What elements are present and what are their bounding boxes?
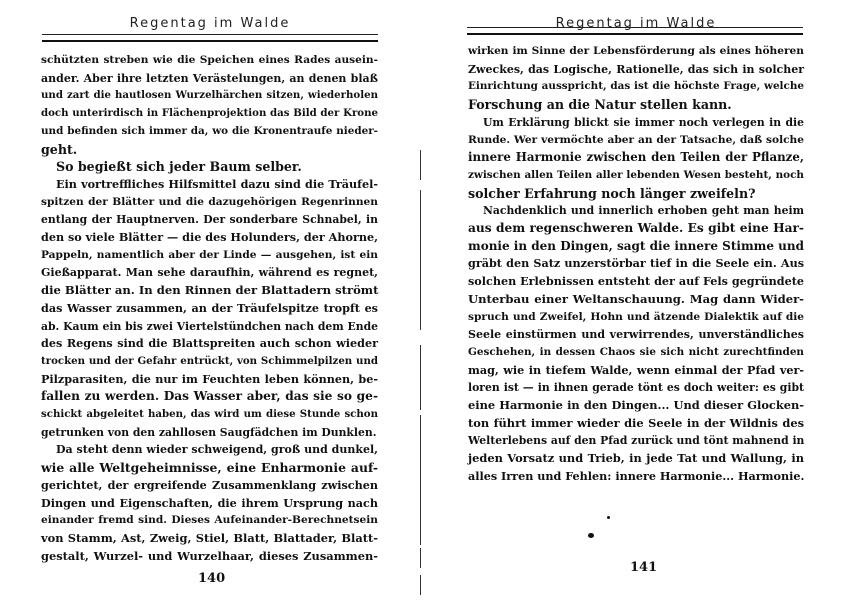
text-line: gerichtet, der ergreifende Zusammenklang… [41,477,378,495]
body-text: schützten streben wie die Speichen eines… [41,52,378,565]
book-spread: Regentag im Walde schützten streben wie … [0,0,841,600]
text-line: entlang der Hauptnerven. Der sonderbare … [41,211,378,229]
text-line: solchen Erlebnissen entsteht der auf Fel… [468,273,804,291]
text-line: Runde. Wer vermöchte aber an der Tatsach… [468,132,804,150]
ink-speck [588,533,594,538]
text-line: Gießapparat. Man sehe daraufhin, während… [41,264,378,282]
text-line: Welterlebens auf den Pfad zurück und tön… [468,432,804,450]
text-line: spruch und Zweifel, Hohn und ätzende Dia… [468,309,804,327]
text-line: ander. Aber ihre letzten Verästelungen, … [41,70,378,88]
text-line: Um Erklärung blickt sie immer noch verle… [468,114,804,132]
header-rule [42,34,378,42]
text-line: Da steht denn wieder schweigend, groß un… [41,441,378,459]
text-line: monie in den Dingen, sagt die innere Sti… [468,238,804,256]
right-page: Regentag im Walde wirken im Sinne der Le… [420,0,841,600]
text-line: gräbt den Satz unzerstörbar tief in die … [468,255,804,273]
running-head: Regentag im Walde [40,16,380,31]
text-line: doch unterirdisch in Flächenprojektion d… [41,105,378,123]
text-line: von Stamm, Ast, Zweig, Stiel, Blatt, Bla… [41,530,378,548]
text-line: gestalt, Wurzel- und Wurzelhaar, dieses … [41,548,378,566]
text-line: einander fremd sind. Dieses Aufeinander-… [41,512,378,530]
text-line: wie alle Weltgeheimnisse, eine Enharmoni… [41,459,378,477]
text-line: alles Irren und Fehlen: innere Harmonie.… [468,468,804,486]
text-line: den so viele Blätter — die des Holunders… [41,229,378,247]
text-line: aus dem regenschweren Walde. Es gibt ein… [468,220,804,238]
text-line: getrunken von den zahllosen Saugfädchen … [41,424,378,442]
text-line: Nachdenklich und innerlich erhoben geht … [468,202,804,220]
text-line: fallen zu werden. Das Wasser aber, das s… [41,388,378,406]
ink-speck [607,516,610,519]
header-rule [467,27,803,35]
text-line: Pappeln, namentlich aber der Linde — aus… [41,247,378,265]
page-number: 141 [630,560,657,575]
text-line: wirken im Sinne der Lebensförderung als … [468,43,804,61]
text-line: zwischen allen Teilen aller lebenden Wes… [468,167,804,185]
text-line: innere Harmonie zwischen den Teilen der … [468,149,804,167]
text-line: Einrichtung ausspricht, das ist die höch… [468,78,804,96]
text-line: Unterbau einer Weltanschauung. Mag dann … [468,291,804,309]
text-line: schickt abgeleitet haben, das wird um di… [41,406,378,424]
text-line: Pilzparasiten, die nur im Feuchten leben… [41,371,378,389]
text-line: So begießt sich jeder Baum selber. [41,158,378,176]
text-line: geht. [41,141,378,159]
left-page: Regentag im Walde schützten streben wie … [0,0,420,600]
text-line: Seele einstürmen und verwirrendes, unver… [468,326,804,344]
text-line: die Blätter an. In den Rinnen der Blatta… [41,282,378,300]
text-line: das Wasser zusammen, an der Träufelspitz… [41,300,378,318]
text-line: eine Harmonie in den Dingen... Und diese… [468,397,804,415]
text-line: Ein vortreffliches Hilfsmittel dazu sind… [41,176,378,194]
text-line: Zweckes, das Logische, Rationelle, das s… [468,61,804,79]
text-line: jeden Vorsatz und Trieb, in jede Tat und… [468,450,804,468]
text-line: mag, wie in tiefem Walde, wenn einmal de… [468,362,804,380]
text-line: trocken und der Gefahr entrückt, von Sch… [41,353,378,371]
body-text: wirken im Sinne der Lebensförderung als … [468,43,804,486]
text-line: ab. Kaum ein bis zwei Viertelstündchen n… [41,318,378,336]
text-line: solcher Erfahrung noch länger zweifeln? [468,185,804,203]
text-line: und zart die hautlosen Wurzelhärchen sit… [41,87,378,105]
text-line: Geschehen, in dessen Chaos sie sich nich… [468,344,804,362]
text-line: spitzen der Blätter und die dazugehörige… [41,194,378,212]
text-line: loren ist — in ihnen gerade tönt es doch… [468,379,804,397]
text-line: Dingen und Eigenschaften, die ihrem Ursp… [41,495,378,513]
text-line: schützten streben wie die Speichen eines… [41,52,378,70]
page-number: 140 [198,571,225,586]
text-line: des Regens sind die Blattspreiten auch s… [41,335,378,353]
text-line: ton führt immer wieder die Seele in der … [468,415,804,433]
text-line: und befinden sich immer da, wo die Krone… [41,123,378,141]
text-line: Forschung an die Natur stellen kann. [468,96,804,114]
